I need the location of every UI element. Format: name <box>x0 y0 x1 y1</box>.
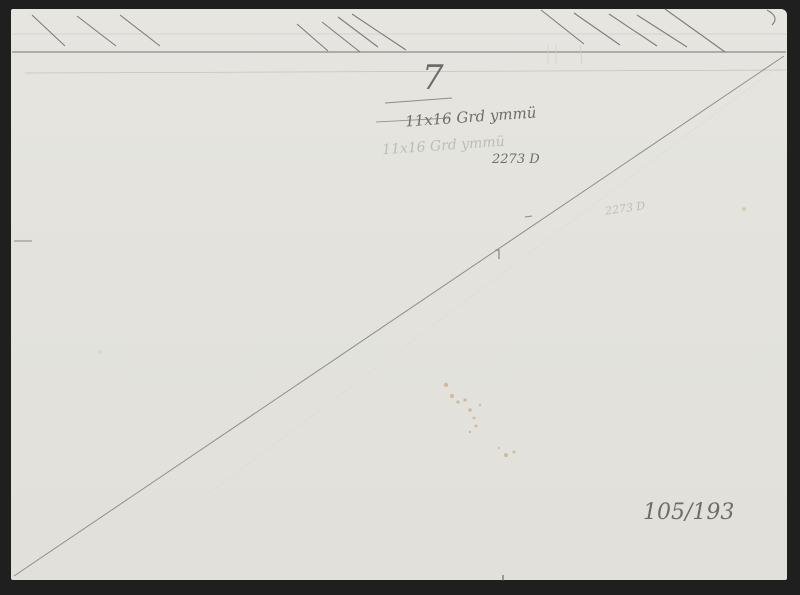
annotation-code: 2273 D <box>492 152 540 167</box>
annotation-catalog-number: 105/193 <box>643 500 734 525</box>
hatch-marks <box>32 9 775 52</box>
foxing-stains <box>98 207 746 457</box>
annotation-number: 7 <box>422 58 444 98</box>
diagonal-line <box>14 56 784 576</box>
annotation-bracket-mark: ˥ <box>494 247 501 263</box>
